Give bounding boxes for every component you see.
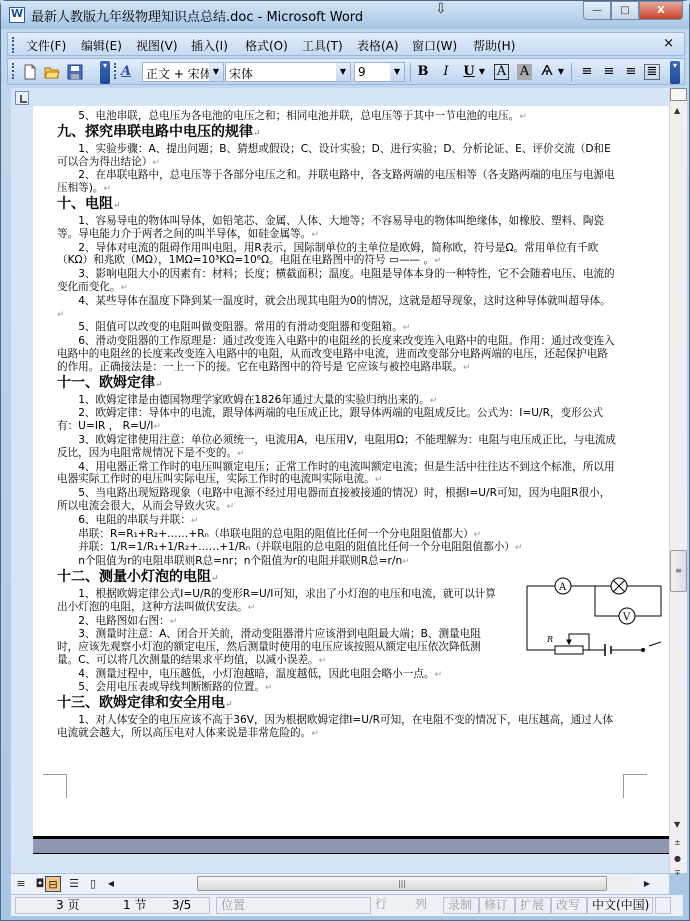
word-app-icon[interactable]	[9, 7, 25, 23]
scroll-down-arrow-icon[interactable]: ▼	[674, 820, 680, 829]
paragraph-mark-icon: ↵	[191, 516, 199, 526]
body-paragraph[interactable]: 6、滑动变阻器的工作原理是：通过改变连入电路中的电阻丝的长度来改变连入电路中的电…	[57, 335, 617, 374]
paragraph-text: 并联：1/R=1/R₁+1/R₂+……+1/Rₙ（并联电阻的总电阻的阻值比任何一…	[78, 541, 515, 553]
word-window: 最新人教版九年级物理知识点总结.doc - Microsoft Word ⇩ —…	[0, 0, 690, 921]
body-paragraph[interactable]: 4、用电器正常工作时的电压叫额定电压；正常工作时的电流叫额定电流；但是生活中往往…	[57, 461, 617, 488]
paragraph-mark-icon: ↵	[104, 184, 112, 194]
resize-cursor-icon: ⇩	[435, 1, 447, 17]
paragraph-text: 十二、测量小灯泡的电阻	[57, 569, 211, 585]
paragraph-text: 5、电池串联，总电压为各电池的电压之和；相同电池并联，总电压等于其中一节电池的电…	[78, 110, 519, 122]
horizontal-scrollbar[interactable]: |||	[197, 876, 633, 892]
paragraph-mark-icon: ↵	[319, 656, 327, 666]
toolbar-grip-handle[interactable]	[12, 63, 14, 79]
body-paragraph[interactable]: 5、会用电压表或导线判断断路的位置。↵	[57, 681, 617, 695]
language-indicator[interactable]: 中文(中国)	[587, 897, 653, 914]
menu-help[interactable]: 帮助(H)	[473, 37, 515, 54]
reading-view-icon[interactable]: ▯	[85, 876, 101, 892]
menu-insert[interactable]: 插入(I)	[191, 37, 228, 54]
body-paragraph[interactable]: 1、根据欧姆定律公式I=U/R的变形R=U/I可知，求出了小灯泡的电压和电流，就…	[57, 588, 497, 615]
track-changes-toggle[interactable]: 修订	[479, 897, 515, 914]
paragraph-mark-icon: ↵	[155, 380, 163, 390]
body-paragraph[interactable]: 6、电阻的串联与并联：↵	[57, 514, 617, 528]
paragraph-text: 5、阻值可以改变的电阻叫做变阻器。常用的有滑动变阻器和变阻箱。	[78, 321, 403, 333]
body-paragraph[interactable]: 并联：1/R=1/R₁+1/R₂+……+1/Rₙ（并联电阻的总电阻的阻值比任何一…	[57, 541, 617, 555]
next-page-icon[interactable]: ∓	[674, 868, 681, 877]
status-bar: 3 页 1 节 3/5 位置 行 列 录制 修订 扩展 改写 中文(中国)	[11, 895, 683, 916]
character-scaling-icon[interactable]: Ѧ	[538, 63, 556, 81]
body-paragraph[interactable]: 3、测量时注意：A、闭合开关前，滑动变阻器滑片应该滑到电阻最大端；B、测量电阻时…	[57, 628, 497, 667]
bold-button[interactable]: B	[414, 63, 432, 81]
paragraph-text: 3、测量时注意：A、闭合开关前，滑动变阻器滑片应该滑到电阻最大端；B、测量电阻时…	[57, 628, 481, 666]
paragraph-mark-icon: ↵	[121, 283, 129, 293]
paragraph-mark-icon: ↵	[375, 475, 383, 485]
select-browse-object-icon[interactable]: ●	[674, 854, 681, 863]
column-indicator: 列	[411, 897, 443, 914]
toolbar-options-chevron-icon[interactable]: ▾	[100, 61, 110, 84]
styles-and-formatting-icon[interactable]: A	[121, 64, 137, 80]
body-paragraph[interactable]: 2、在串联电路中，总电压等于各部分电压之和。并联电路中，各支路两端的电压相等（各…	[57, 169, 617, 196]
paragraph-text: n个阻值为r的电阻串联则R总=nr；n个阻值为r的电阻并联则R总=r/n	[78, 555, 402, 567]
body-paragraph[interactable]: n个阻值为r的电阻串联则R总=nr；n个阻值为r的电阻并联则R总=r/n↵	[57, 555, 617, 569]
maximize-button[interactable]: □	[611, 1, 639, 20]
body-paragraph[interactable]: 串联：R=R₁+R₂+……+Rₙ（串联电阻的总电阻的阻值比任何一个分电阻阻值都大…	[57, 528, 617, 542]
page-count: 3/5	[172, 898, 191, 913]
body-paragraph[interactable]: 4、某些导体在温度下降到某一温度时，就会出现其电阻为0的情况，这就是超导现象，这…	[57, 295, 617, 322]
toolbar-separator	[571, 63, 572, 82]
section-number: 1 节	[123, 898, 146, 913]
style-select[interactable]: 正文 + 宋体 ▼	[142, 62, 224, 82]
print-view-icon[interactable]: ⊟	[45, 876, 61, 892]
paragraph-mark-icon: ↵	[170, 617, 178, 627]
document-page[interactable]: 5、电池串联，总电压为各电池的电压之和；相同电池并联，总电压等于其中一节电池的电…	[33, 106, 669, 836]
document-workspace: 5、电池串联，总电压为各电池的电压之和；相同电池并联，总电压等于其中一节电池的电…	[11, 88, 669, 873]
paragraph-text: 4、用电器正常工作时的电压叫额定电压；正常工作时的电流叫额定电流；但是生活中往往…	[57, 461, 615, 486]
normal-view-icon[interactable]: ≡	[13, 876, 29, 892]
overtype-toggle[interactable]: 改写	[551, 897, 587, 914]
paragraph-text: 4、测量过程中，电压越低，小灯泡越暗，温度越低，因此电阻会略小一点。	[78, 668, 434, 680]
body-paragraph[interactable]: 5、电池串联，总电压为各电池的电压之和；相同电池并联，总电压等于其中一节电池的电…	[57, 110, 617, 124]
margin-corner-mark	[43, 774, 67, 798]
paragraph-mark-icon: ↵	[225, 700, 233, 710]
body-paragraph[interactable]: 4、测量过程中，电压越低，小灯泡越暗，温度越低，因此电阻会略小一点。↵	[57, 668, 617, 682]
underline-button[interactable]: U	[460, 63, 478, 81]
circuit-diagram: A V R	[525, 574, 665, 664]
character-border-button[interactable]: A	[494, 64, 509, 80]
paragraph-mark-icon: ↵	[402, 557, 410, 567]
chevron-down-icon[interactable]: ▼	[209, 63, 223, 81]
paragraph-text: 2、导体对电流的阻碍作用叫电阻，用R表示，国际制单位的主单位是欧姆，简称欧，符号…	[57, 242, 598, 267]
underline-options-chevron-icon[interactable]: ▼	[477, 63, 487, 81]
section-heading[interactable]: 十三、欧姆定律和安全用电↵	[57, 695, 617, 714]
paragraph-mark-icon: ↵	[519, 112, 527, 122]
body-paragraph[interactable]: 1、欧姆定律是由德国物理学家欧姆在1826年通过大量的实验归纳出来的。↵	[57, 394, 617, 408]
document-close-icon[interactable]: ×	[663, 36, 674, 51]
horizontal-scroll-thumb[interactable]: |||	[197, 876, 607, 891]
paragraph-text: 1、根据欧姆定律公式I=U/R的变形R=U/I可知，求出了小灯泡的电压和电流，就…	[57, 588, 496, 613]
distributed-align-icon[interactable]: ≣	[644, 64, 660, 80]
body-paragraph[interactable]: 5、当电路出现短路现象（电路中电源不经过用电器而直接被接通的情况）时，根据I=U…	[57, 487, 617, 514]
paragraph-text: 九、探究串联电路中电压的规律	[57, 124, 253, 140]
scroll-right-arrow-icon[interactable]: ▶	[639, 876, 655, 892]
paragraph-mark-icon: ↵	[113, 201, 121, 211]
paragraph-text: 2、在串联电路中，总电压等于各部分电压之和。并联电路中，各支路两端的电压相等（各…	[57, 169, 615, 194]
paragraph-text: 串联：R=R₁+R₂+……+Rₙ（串联电阻的总电阻的阻值比任何一个分电阻阻值都大…	[78, 528, 473, 540]
margin-corner-mark	[623, 774, 647, 798]
paragraph-text: 1、对人体安全的电压应该不高于36V，因为根据欧姆定律I=U/R可知，在电阻不变…	[57, 714, 613, 739]
menubar-grip-handle[interactable]	[12, 37, 14, 53]
save-icon[interactable]	[67, 64, 83, 80]
paragraph-mark-icon: ↵	[515, 543, 523, 553]
paragraph-text: 1、容易导电的物体叫导体，如铅笔芯、金属、人体、大地等；不容易导电的物体叫绝缘体…	[57, 215, 604, 240]
view-bar: ≡ ◘ ⊟ ☰ ▯ ◀ ||| ▶	[11, 874, 669, 894]
title-bar[interactable]: 最新人教版九年级物理知识点总结.doc - Microsoft Word ⇩ —…	[1, 1, 689, 29]
paragraph-text: 3、影响电阻大小的因素有：材料；长度；横截面积；温度。电阻是导体本身的一种特性，…	[57, 268, 615, 293]
paragraph-mark-icon: ↵	[435, 670, 443, 680]
body-paragraph[interactable]: 2、欧姆定律：导体中的电流，跟导体两端的电压成正比，跟导体两端的电阻成反比。公式…	[57, 407, 617, 434]
toolbar-more-chevron-icon[interactable]: ▾	[670, 61, 680, 84]
italic-button[interactable]: I	[437, 63, 455, 81]
character-shading-button[interactable]: A	[517, 64, 532, 80]
page-number: 3 页	[56, 898, 79, 913]
font-select-value: 宋体	[229, 67, 253, 81]
format-toolbar-grip-handle[interactable]	[114, 63, 116, 79]
line-indicator: 行	[371, 897, 411, 914]
menu-file[interactable]: 文件(F)	[26, 37, 66, 54]
minimize-button[interactable]: —	[583, 1, 611, 20]
menu-window[interactable]: 窗口(W)	[412, 37, 457, 54]
body-paragraph[interactable]: 3、影响电阻大小的因素有：材料；长度；横截面积；温度。电阻是导体本身的一种特性，…	[57, 268, 617, 295]
paragraph-text: 十、电阻	[57, 196, 113, 212]
paragraph-mark-icon: ↵	[403, 323, 411, 333]
section-heading[interactable]: 十、电阻↵	[57, 196, 617, 215]
voltmeter-label: V	[622, 612, 631, 623]
menu-bar: 文件(F) 编辑(E) 视图(V) 插入(I) 格式(O) 工具(T) 表格(A…	[7, 32, 685, 56]
paragraph-text: 十一、欧姆定律	[57, 375, 155, 391]
paragraph-text: 1、实验步骤：A、提出问题；B、猜想或假设；C、设计实验；D、进行实验；D、分析…	[57, 143, 611, 168]
scroll-up-arrow-icon[interactable]: ▲	[674, 106, 680, 115]
paragraph-mark-icon: ↵	[57, 310, 65, 320]
body-paragraph[interactable]: 5、阻值可以改变的电阻叫做变阻器。常用的有滑动变阻器和变阻箱。↵	[57, 321, 617, 335]
rheostat-label: R	[546, 635, 553, 644]
paragraph-mark-icon: ↵	[248, 603, 256, 613]
window-title: 最新人教版九年级物理知识点总结.doc - Microsoft Word	[31, 6, 363, 25]
extend-selection-toggle[interactable]: 扩展	[515, 897, 551, 914]
align-right-icon[interactable]: ≡	[622, 63, 640, 81]
paragraph-text: 5、会用电压表或导线判断断路的位置。	[78, 681, 265, 693]
paragraph-text: 十三、欧姆定律和安全用电	[57, 695, 225, 711]
menu-edit[interactable]: 编辑(E)	[81, 37, 122, 54]
paragraph-mark-icon: ↵	[434, 256, 442, 266]
split-box-handle[interactable]	[670, 88, 687, 101]
paragraph-text: 6、电阻的串联与并联：	[78, 514, 191, 526]
paragraph-text: 2、欧姆定律：导体中的电流，跟导体两端的电压成正比，跟导体两端的电阻成反比。公式…	[57, 407, 603, 432]
paragraph-text: 2、电路图如右图：	[78, 615, 170, 627]
paragraph-mark-icon: ↵	[253, 129, 261, 139]
paragraph-mark-icon: ↵	[311, 230, 319, 240]
ammeter-label: A	[558, 582, 567, 593]
body-paragraph[interactable]: 1、容易导电的物体叫导体，如铅笔芯、金属、人体、大地等；不容易导电的物体叫绝缘体…	[57, 215, 617, 242]
page-break-gap	[33, 836, 669, 854]
toolbar-separator	[410, 63, 411, 82]
paragraph-mark-icon: ↵	[474, 530, 482, 540]
paragraph-mark-icon: ↵	[153, 422, 161, 432]
style-select-value: 正文 + 宋体	[146, 67, 212, 81]
font-size-select[interactable]: 9 ▼	[354, 62, 405, 82]
paragraph-text: 1、欧姆定律是由德国物理学家欧姆在1826年通过大量的实验归纳出来的。	[78, 394, 430, 406]
paragraph-text: 6、滑动变阻器的工作原理是：通过改变连入电路中的电阻丝的长度来改变连入电路中的电…	[57, 335, 615, 373]
paragraph-text: 4、某些导体在温度下降到某一温度时，就会出现其电阻为0的情况，这就是超导现象，这…	[78, 295, 611, 307]
body-paragraph[interactable]: 2、电路图如右图：↵	[57, 615, 497, 629]
paragraph-mark-icon: ↵	[152, 158, 160, 168]
macro-record-toggle[interactable]: 录制	[443, 897, 479, 914]
paragraph-mark-icon: ↵	[237, 449, 245, 459]
menu-view[interactable]: 视图(V)	[136, 37, 178, 54]
justify-icon[interactable]: ≡	[578, 63, 596, 81]
toolbar: ▾ A 正文 + 宋体 ▼ 宋体 ▼ 9 ▼ B I U ▼ A A Ѧ ▼ ≡…	[7, 58, 685, 85]
page-info: 3 页 1 节 3/5	[15, 897, 210, 914]
outline-view-icon[interactable]: ☰	[66, 876, 82, 892]
paragraph-mark-icon: ↵	[311, 729, 319, 739]
spelling-status-indicator[interactable]	[655, 897, 671, 914]
paragraph-mark-icon: ↵	[227, 502, 235, 512]
paragraph-text: 5、当电路出现短路现象（电路中电源不经过用电器而直接被接通的情况）时，根据I=U…	[57, 487, 610, 512]
font-size-value: 9	[358, 65, 366, 79]
open-folder-icon[interactable]	[44, 64, 60, 80]
section-heading[interactable]: 十一、欧姆定律↵	[57, 375, 617, 394]
body-paragraph[interactable]: 3、欧姆定律使用注意：单位必须统一，电流用A，电压用V，电阻用Ω；不能理解为：电…	[57, 434, 617, 461]
vertical-scrollbar[interactable]: ▲ ≡ ▼ ± ● ∓	[669, 88, 687, 873]
align-center-icon[interactable]: ≡	[600, 63, 618, 81]
paragraph-text: 3、欧姆定律使用注意：单位必须统一，电流用A，电压用V，电阻用Ω；不能理解为：电…	[57, 434, 616, 459]
vertical-scroll-thumb[interactable]: ≡	[670, 550, 687, 592]
paragraph-mark-icon: ↵	[211, 574, 219, 584]
paragraph-mark-icon: ↵	[430, 396, 438, 406]
new-document-icon[interactable]	[22, 64, 38, 80]
section-heading[interactable]: 九、探究串联电路中电压的规律↵	[57, 124, 617, 143]
chevron-down-icon[interactable]: ▼	[390, 63, 404, 81]
font-select[interactable]: 宋体 ▼	[225, 62, 351, 82]
menu-table[interactable]: 表格(A)	[357, 37, 399, 54]
close-button[interactable]: X	[639, 1, 683, 20]
paragraph-mark-icon: ↵	[463, 363, 471, 373]
cursor-position: 位置	[216, 897, 371, 914]
scaling-options-chevron-icon[interactable]: ▼	[556, 63, 566, 81]
paragraph-mark-icon: ↵	[265, 683, 273, 693]
menu-format[interactable]: 格式(O)	[245, 37, 288, 54]
body-paragraph[interactable]: 1、实验步骤：A、提出问题；B、猜想或假设；C、设计实验；D、进行实验；D、分析…	[57, 143, 617, 170]
tab-stop-selector-icon[interactable]	[15, 91, 29, 105]
body-paragraph[interactable]: 2、导体对电流的阻碍作用叫电阻，用R表示，国际制单位的主单位是欧姆，简称欧，符号…	[57, 242, 617, 269]
chevron-down-icon[interactable]: ▼	[336, 63, 350, 81]
previous-page-icon[interactable]: ±	[674, 838, 681, 847]
scroll-left-arrow-icon[interactable]: ◀	[103, 876, 119, 892]
menu-tools[interactable]: 工具(T)	[302, 37, 343, 54]
body-paragraph[interactable]: 1、对人体安全的电压应该不高于36V，因为根据欧姆定律I=U/R可知，在电阻不变…	[57, 714, 617, 741]
